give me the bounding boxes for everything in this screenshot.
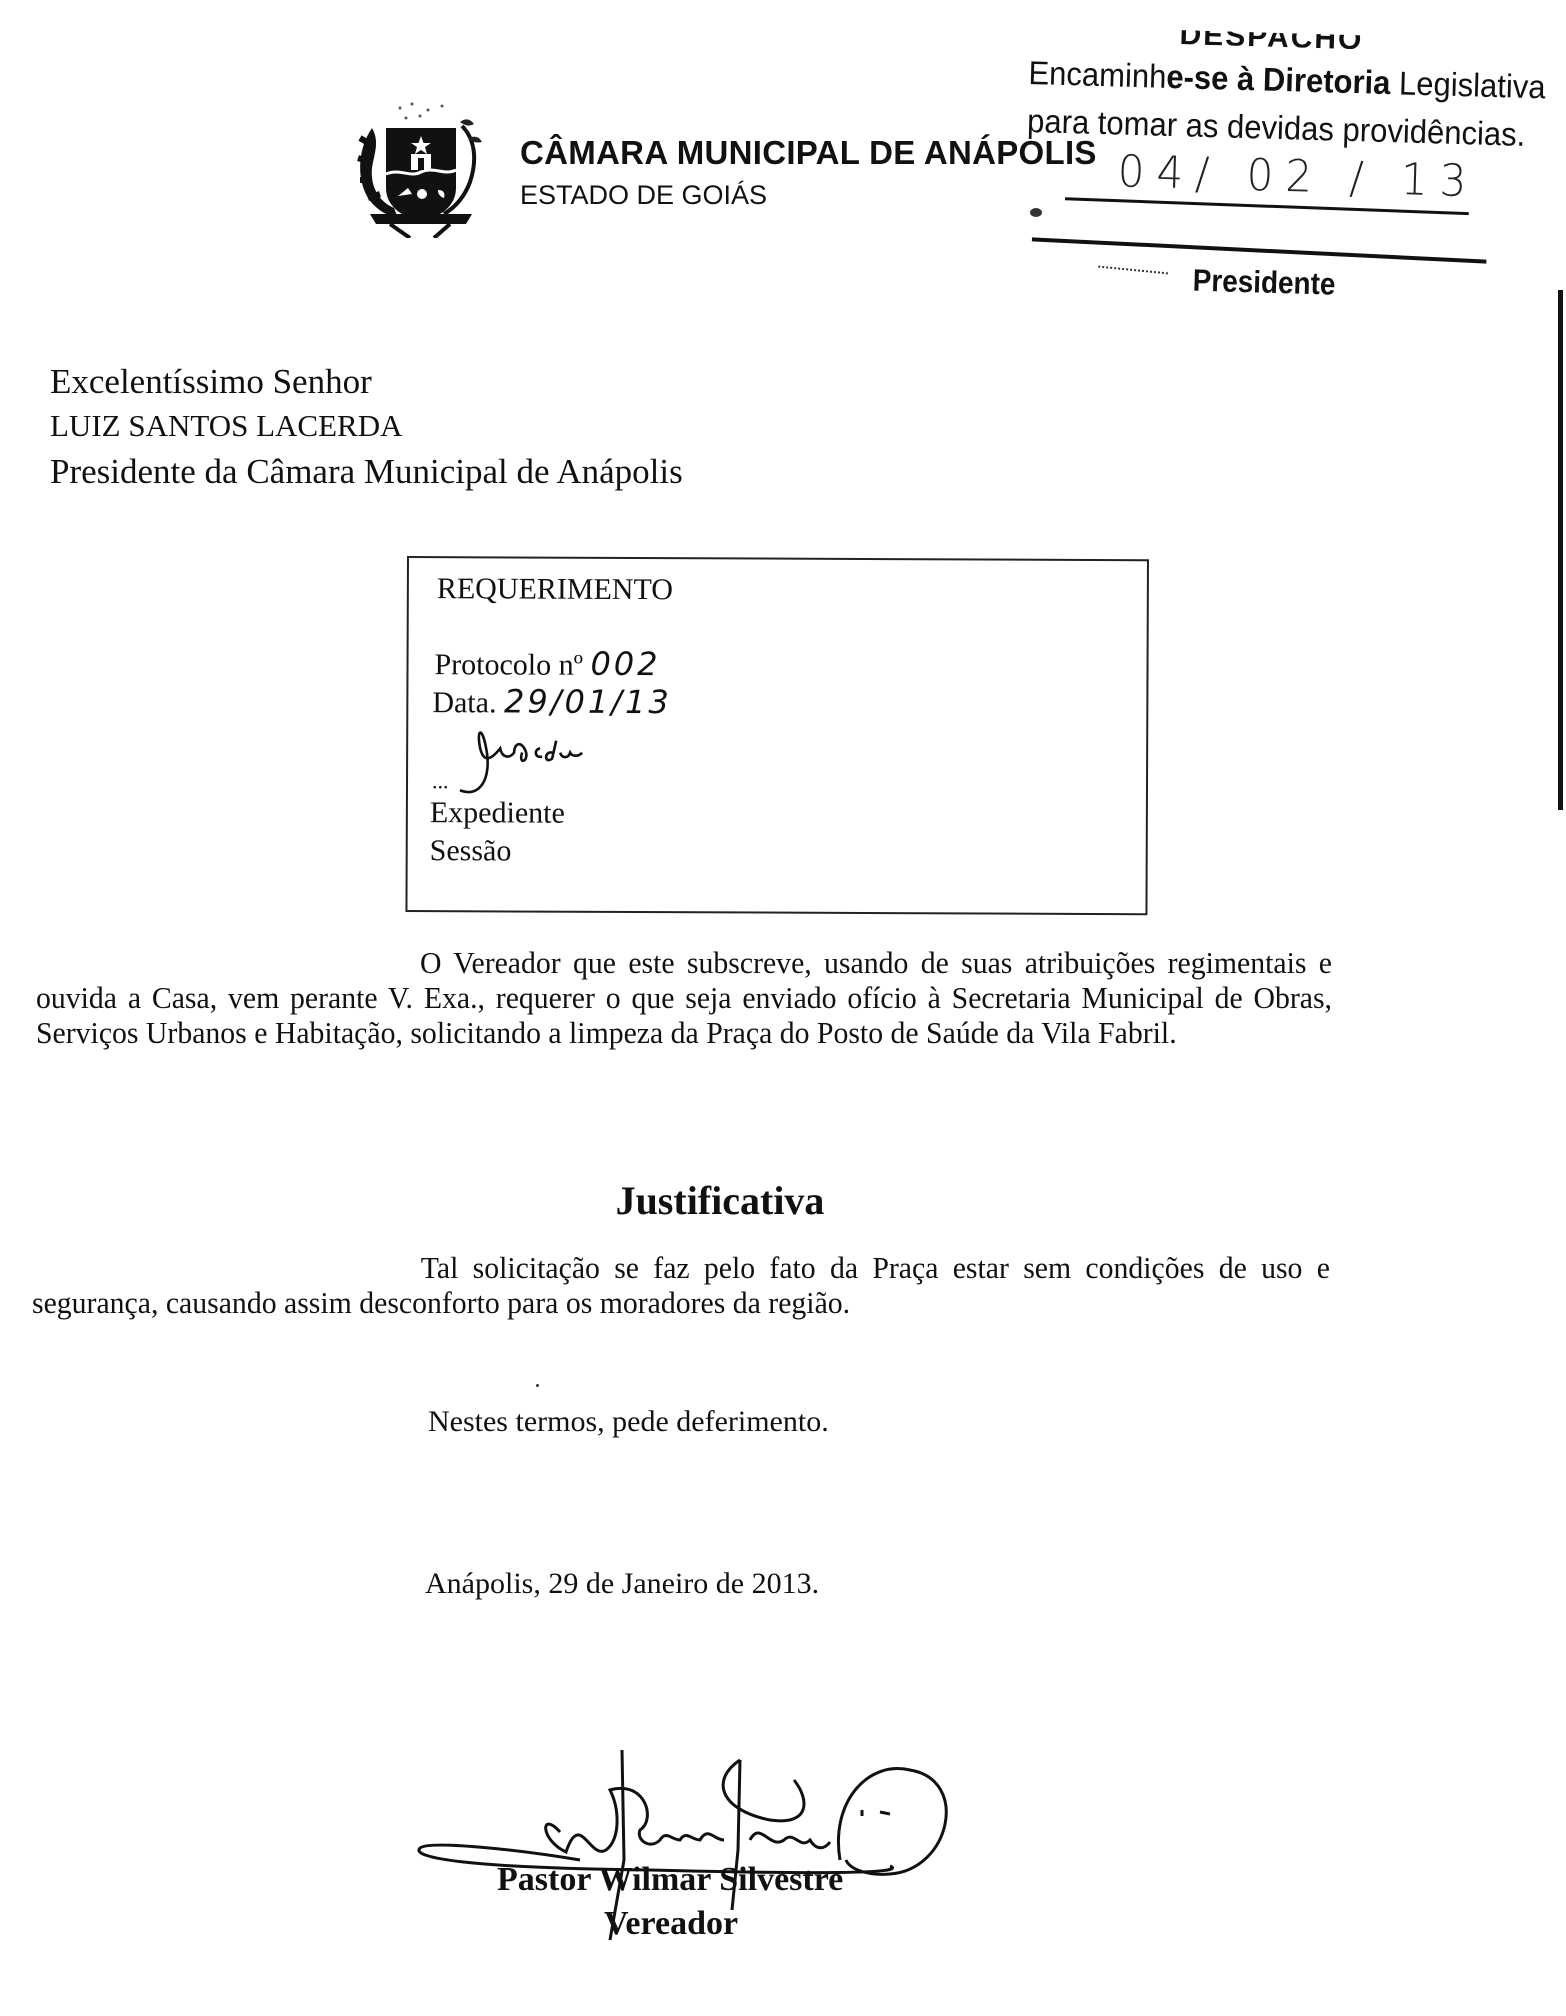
signatory-role: Vereador bbox=[604, 1905, 738, 1943]
scan-edge bbox=[1558, 290, 1563, 810]
signatory-name: Pastor Wilmar Silvestre bbox=[497, 1861, 843, 1899]
protocol-number-row: Protocolo nº 002 bbox=[434, 644, 660, 683]
justification-paragraph-text: Tal solicitação se faz pelo fato da Praç… bbox=[32, 1250, 1330, 1320]
scan-speck bbox=[1030, 208, 1042, 217]
stamp-signature-label: Presidente bbox=[1192, 263, 1336, 303]
protocol-box-title: REQUERIMENTO bbox=[437, 572, 673, 607]
dispatch-stamp: DESPACHO Encaminhe-se à Diretoria Legisl… bbox=[1022, 20, 1550, 334]
closing-statement: Nestes termos, pede deferimento. bbox=[428, 1405, 829, 1439]
stamp-line-1-bold: e-se à Diretoria bbox=[1166, 58, 1391, 101]
protocol-box: REQUERIMENTO Protocolo nº 002 Data. 29/0… bbox=[405, 556, 1149, 915]
addressee-title: Presidente da Câmara Municipal de Anápol… bbox=[50, 452, 683, 492]
protocol-date-row: Data. 29/01/13 bbox=[432, 682, 672, 721]
addressee-name: LUIZ SANTOS LACERDA bbox=[50, 408, 403, 444]
institution-name: CÂMARA MUNICIPAL DE ANÁPOLIS bbox=[520, 134, 1097, 172]
scan-speck bbox=[536, 1384, 539, 1387]
councilor-signature-icon bbox=[410, 1740, 1070, 1950]
stamp-signature-line bbox=[1032, 237, 1487, 263]
state-name: ESTADO DE GOIÁS bbox=[520, 180, 767, 211]
date-label: Data. bbox=[432, 686, 496, 719]
stamp-line-1: Encaminhe-se à Diretoria Legislativa bbox=[1028, 54, 1546, 106]
protocol-number: 002 bbox=[590, 645, 660, 683]
expediente-label: Expediente bbox=[430, 796, 565, 831]
sessao-label: Sessão bbox=[430, 834, 512, 868]
stamp-line-1-start: Encaminh bbox=[1028, 54, 1167, 95]
justification-paragraph: Tal solicitação se faz pelo fato da Praç… bbox=[32, 1250, 1330, 1320]
date-value: 29/01/13 bbox=[504, 682, 672, 721]
addressee-salutation: Excelentíssimo Senhor bbox=[50, 362, 372, 402]
stamp-line-2: para tomar as devidas providências. bbox=[1027, 102, 1526, 154]
signature-prefix: ... bbox=[432, 768, 449, 794]
protocol-label: Protocolo nº bbox=[434, 648, 583, 682]
request-paragraph: O Vereador que este subscreve, usando de… bbox=[36, 945, 1332, 1050]
request-paragraph-text: O Vereador que este subscreve, usando de… bbox=[36, 945, 1332, 1050]
justification-heading: Justificativa bbox=[0, 1177, 1440, 1224]
stamp-dash-mark bbox=[1098, 266, 1168, 275]
handwritten-initials-icon bbox=[430, 718, 680, 799]
stamp-heading: DESPACHO bbox=[1179, 30, 1363, 49]
coat-of-arms-icon bbox=[350, 98, 492, 238]
receiver-signature: ... bbox=[430, 718, 680, 799]
stamp-handwritten-date: 04/ 02 / 13 bbox=[1117, 145, 1479, 207]
place-and-date: Anápolis, 29 de Janeiro de 2013. bbox=[425, 1567, 819, 1601]
stamp-line-1-end: Legislativa bbox=[1390, 64, 1546, 105]
